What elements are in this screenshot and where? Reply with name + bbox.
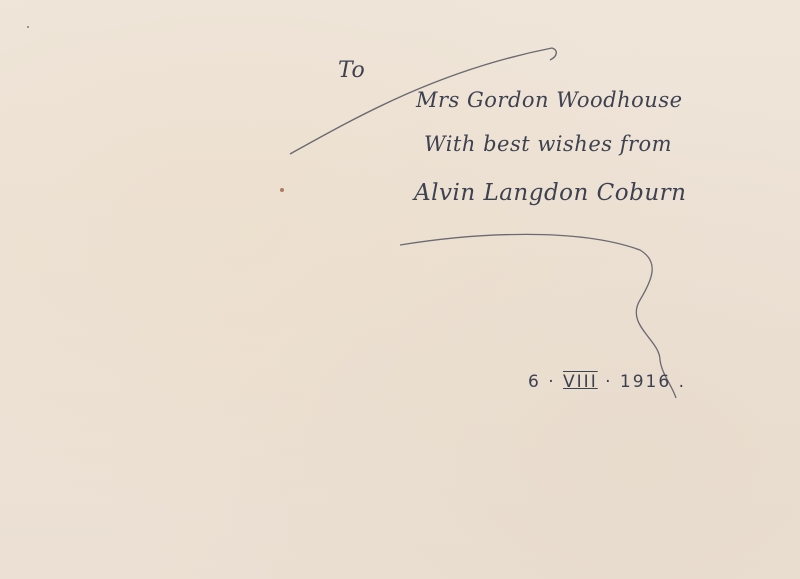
inscribed-page: To Mrs Gordon Woodhouse With best wishes… — [0, 0, 800, 579]
pen-flourishes — [0, 0, 800, 579]
paper-speck — [27, 26, 29, 28]
date-year: · 1916 . — [605, 372, 686, 392]
date: 6 · VIII · 1916 . — [528, 372, 686, 392]
date-day: 6 · — [528, 372, 556, 392]
date-month-roman: VIII — [563, 372, 598, 392]
ink-spot — [280, 188, 284, 192]
salutation: To — [338, 58, 365, 83]
recipient-name: Mrs Gordon Woodhouse — [416, 88, 683, 112]
signature: Alvin Langdon Coburn — [414, 180, 686, 206]
message-line: With best wishes from — [424, 132, 672, 156]
